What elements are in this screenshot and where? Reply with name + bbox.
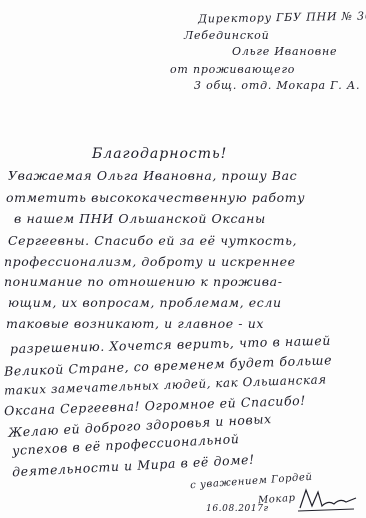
header-line-5: 3 общ. отд. Мокара Г. А. bbox=[194, 79, 360, 92]
body-line: разрешению. Хочется верить, что в нашей bbox=[10, 333, 331, 356]
header-line-1: Директору ГБУ ПНИ № 30 bbox=[198, 9, 366, 25]
closing-date: 16.08.2017г bbox=[206, 504, 269, 514]
header-line-2: Лебединской bbox=[184, 29, 269, 42]
body-line: профессионализм, доброту и искреннее bbox=[4, 254, 296, 269]
header-line-4: от проживающего bbox=[170, 63, 295, 76]
closing-regards: с уважением Гордей bbox=[190, 472, 313, 492]
body-line: понимание по отношению к прожива- bbox=[4, 274, 283, 289]
signature-scrawl bbox=[296, 484, 358, 514]
body-line: Сергеевны. Спасибо ей за её чуткость, bbox=[8, 233, 297, 248]
body-line: отметить высококачественную работу bbox=[6, 190, 305, 205]
body-line: Уважаемая Ольга Ивановна, прошу Вас bbox=[8, 168, 297, 183]
body-line: таковые возникают, и главное - их bbox=[6, 316, 264, 331]
body-line: ющим, их вопросам, проблемам, если bbox=[8, 295, 282, 310]
body-line: в нашем ПНИ Ольшанской Оксаны bbox=[14, 211, 266, 226]
letter-title: Благодарность! bbox=[92, 146, 227, 162]
header-line-3: Ольге Ивановне bbox=[232, 45, 337, 58]
